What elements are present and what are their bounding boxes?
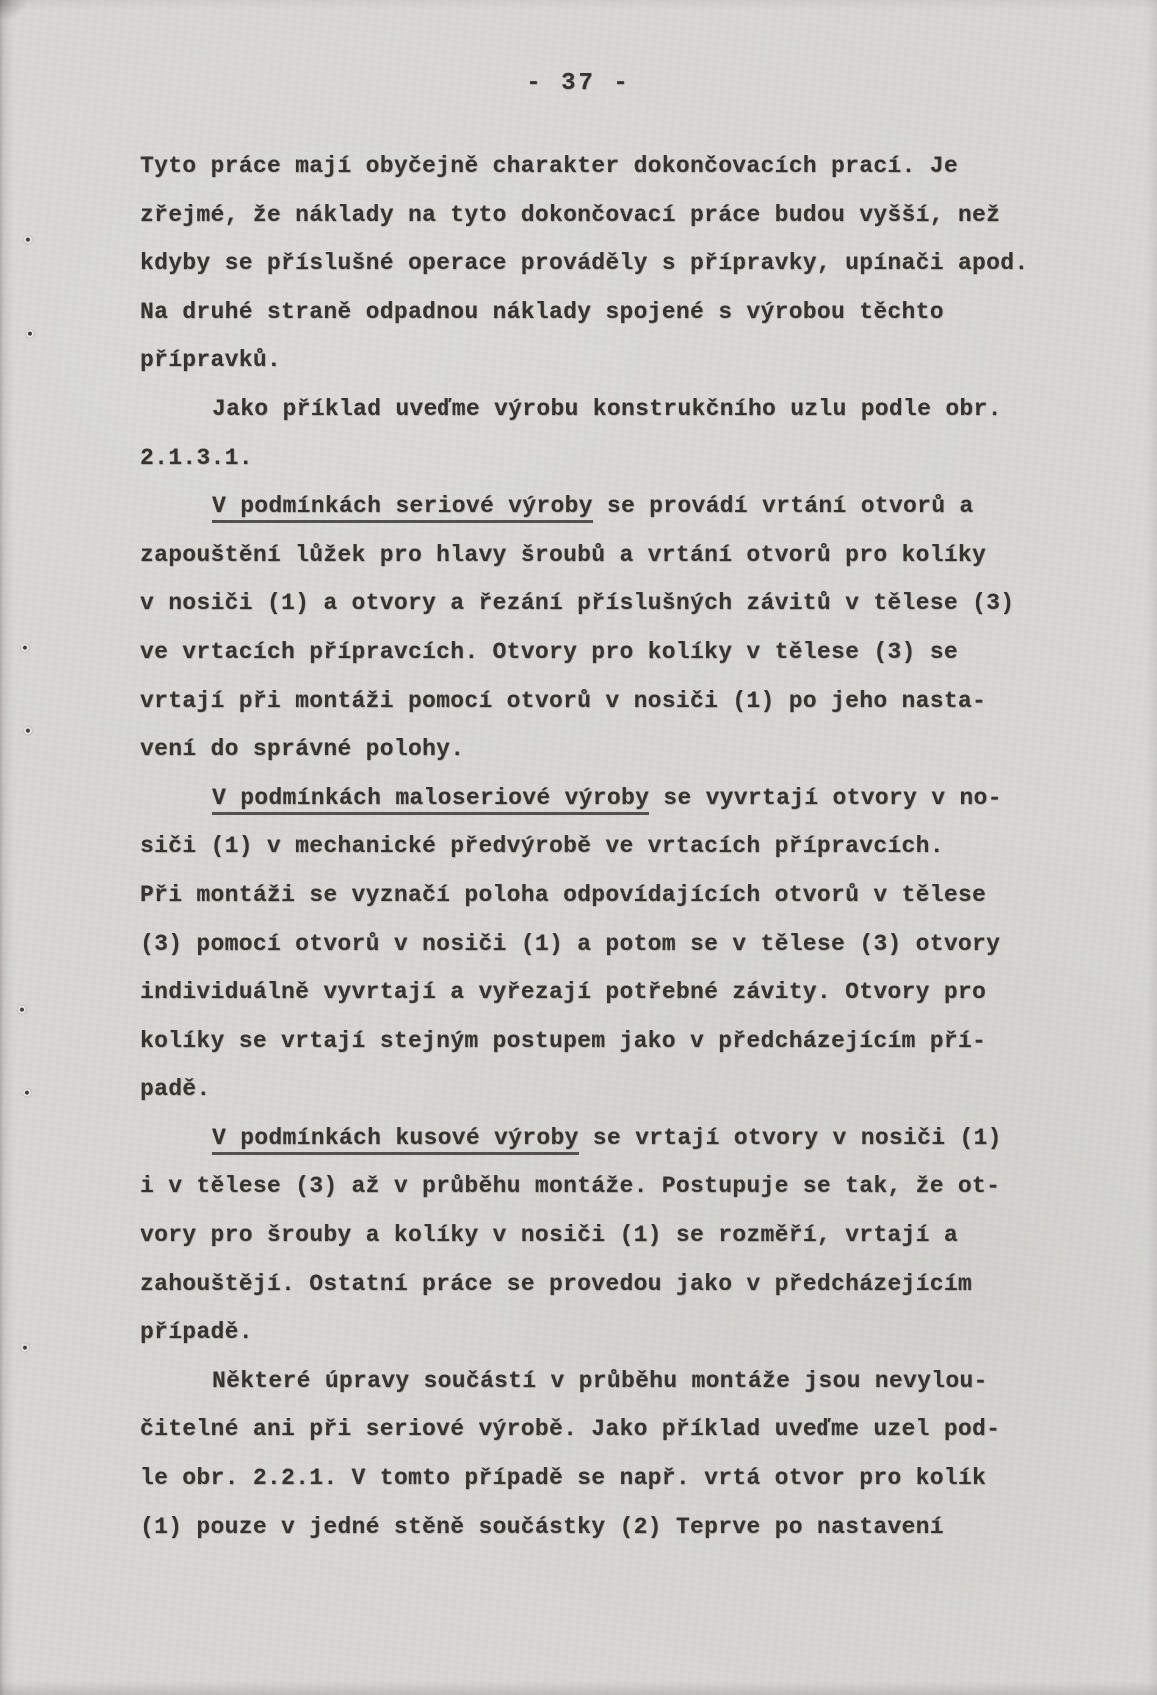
pin-hole: [23, 235, 34, 246]
text-line: individuálně vyvrtají a vyřezají potřebn…: [140, 968, 1050, 1017]
text-segment: vení do správné polohy.: [140, 736, 464, 762]
text-segment: vory pro šrouby a kolíky v nosiči (1) se…: [140, 1222, 958, 1248]
text-segment: padě.: [140, 1076, 211, 1102]
text-line: Na druhé straně odpadnou náklady spojené…: [140, 288, 1050, 337]
text-line: (3) pomocí otvorů v nosiči (1) a potom s…: [140, 920, 1050, 969]
text-segment: le obr. 2.2.1. V tomto případě se např. …: [140, 1465, 986, 1491]
text-line: vrtají při montáži pomocí otvorů v nosič…: [140, 677, 1050, 726]
text-line: (1) pouze v jedné stěně součástky (2) Te…: [140, 1503, 1050, 1552]
text-line: V podmínkách maloseriové výroby se vyvrt…: [140, 774, 1050, 823]
pin-hole: [17, 1005, 28, 1016]
text-segment: Jako příklad uveďme výrobu konstrukčního…: [212, 396, 1002, 422]
text-line: siči (1) v mechanické předvýrobě ve vrta…: [140, 822, 1050, 871]
text-line: zapouštění lůžek pro hlavy šroubů a vrtá…: [140, 531, 1050, 580]
text-segment: i v tělese (3) až v průběhu montáže. Pos…: [140, 1173, 1000, 1199]
page-number: - 37 -: [0, 70, 1157, 97]
paragraph: Jako příklad uveďme výrobu konstrukčního…: [140, 385, 1050, 482]
text-line: čitelné ani při seriové výrobě. Jako pří…: [140, 1405, 1050, 1454]
underlined-phrase: V podmínkách seriové výroby: [212, 493, 593, 523]
text-line: Tyto práce mají obyčejně charakter dokon…: [140, 142, 1050, 191]
text-line: přípravků.: [140, 336, 1050, 385]
pin-hole: [23, 726, 34, 737]
underlined-phrase: V podmínkách kusové výroby: [212, 1125, 579, 1155]
text-segment: se provádí vrtání otvorů a: [593, 493, 974, 519]
text-segment: Při montáži se vyznačí poloha odpovídají…: [140, 882, 986, 908]
paragraph: V podmínkách maloseriové výroby se vyvrt…: [140, 774, 1050, 1114]
text-segment: (1) pouze v jedné stěně součástky (2) Te…: [140, 1514, 944, 1540]
text-segment: kolíky se vrtají stejným postupem jako v…: [140, 1028, 986, 1054]
text-segment: ve vrtacích přípravcích. Otvory pro kolí…: [140, 639, 958, 665]
text-line: V podmínkách seriové výroby se provádí v…: [140, 482, 1050, 531]
text-segment: zahouštějí. Ostatní práce se provedou ja…: [140, 1271, 972, 1297]
text-line: případě.: [140, 1308, 1050, 1357]
pin-hole: [20, 1343, 31, 1354]
text-line: Při montáži se vyznačí poloha odpovídají…: [140, 871, 1050, 920]
text-segment: Na druhé straně odpadnou náklady spojené…: [140, 299, 944, 325]
text-block: Tyto práce mají obyčejně charakter dokon…: [140, 142, 1050, 1551]
text-line: kolíky se vrtají stejným postupem jako v…: [140, 1017, 1050, 1066]
text-line: i v tělese (3) až v průběhu montáže. Pos…: [140, 1162, 1050, 1211]
text-line: v nosiči (1) a otvory a řezání příslušný…: [140, 579, 1050, 628]
text-line: Některé úpravy součástí v průběhu montáž…: [140, 1357, 1050, 1406]
text-segment: zapouštění lůžek pro hlavy šroubů a vrtá…: [140, 542, 986, 568]
text-line: zahouštějí. Ostatní práce se provedou ja…: [140, 1260, 1050, 1309]
text-segment: vrtají při montáži pomocí otvorů v nosič…: [140, 688, 986, 714]
text-segment: se vyvrtají otvory v no-: [649, 785, 1002, 811]
text-segment: 2.1.3.1.: [140, 445, 253, 471]
text-segment: individuálně vyvrtají a vyřezají potřebn…: [140, 979, 986, 1005]
text-line: V podmínkách kusové výroby se vrtají otv…: [140, 1114, 1050, 1163]
text-line: vory pro šrouby a kolíky v nosiči (1) se…: [140, 1211, 1050, 1260]
text-segment: v nosiči (1) a otvory a řezání příslušný…: [140, 590, 1014, 616]
text-line: zřejmé, že náklady na tyto dokončovací p…: [140, 191, 1050, 240]
text-segment: případě.: [140, 1319, 253, 1345]
text-line: ve vrtacích přípravcích. Otvory pro kolí…: [140, 628, 1050, 677]
text-segment: přípravků.: [140, 347, 281, 373]
text-line: le obr. 2.2.1. V tomto případě se např. …: [140, 1454, 1050, 1503]
text-segment: Tyto práce mají obyčejně charakter dokon…: [140, 153, 958, 179]
text-segment: čitelné ani při seriové výrobě. Jako pří…: [140, 1416, 1000, 1442]
document-page: - 37 - Tyto práce mají obyčejně charakte…: [0, 0, 1157, 1695]
text-segment: Některé úpravy součástí v průběhu montáž…: [212, 1368, 988, 1394]
underlined-phrase: V podmínkách maloseriové výroby: [212, 785, 649, 815]
text-line: 2.1.3.1.: [140, 434, 1050, 483]
text-line: vení do správné polohy.: [140, 725, 1050, 774]
paragraph: Některé úpravy součástí v průběhu montáž…: [140, 1357, 1050, 1551]
text-line: padě.: [140, 1065, 1050, 1114]
text-line: Jako příklad uveďme výrobu konstrukčního…: [140, 385, 1050, 434]
paragraph: V podmínkách seriové výroby se provádí v…: [140, 482, 1050, 774]
text-segment: kdyby se příslušné operace prováděly s p…: [140, 250, 1028, 276]
pin-hole: [25, 329, 36, 340]
text-segment: se vrtají otvory v nosiči (1): [579, 1125, 1002, 1151]
text-line: kdyby se příslušné operace prováděly s p…: [140, 239, 1050, 288]
text-segment: siči (1) v mechanické předvýrobě ve vrta…: [140, 833, 944, 859]
paragraph: Tyto práce mají obyčejně charakter dokon…: [140, 142, 1050, 385]
text-segment: (3) pomocí otvorů v nosiči (1) a potom s…: [140, 931, 1000, 957]
pin-hole: [20, 643, 31, 654]
text-segment: zřejmé, že náklady na tyto dokončovací p…: [140, 202, 1000, 228]
paragraph: V podmínkách kusové výroby se vrtají otv…: [140, 1114, 1050, 1357]
pin-hole: [22, 1088, 33, 1099]
